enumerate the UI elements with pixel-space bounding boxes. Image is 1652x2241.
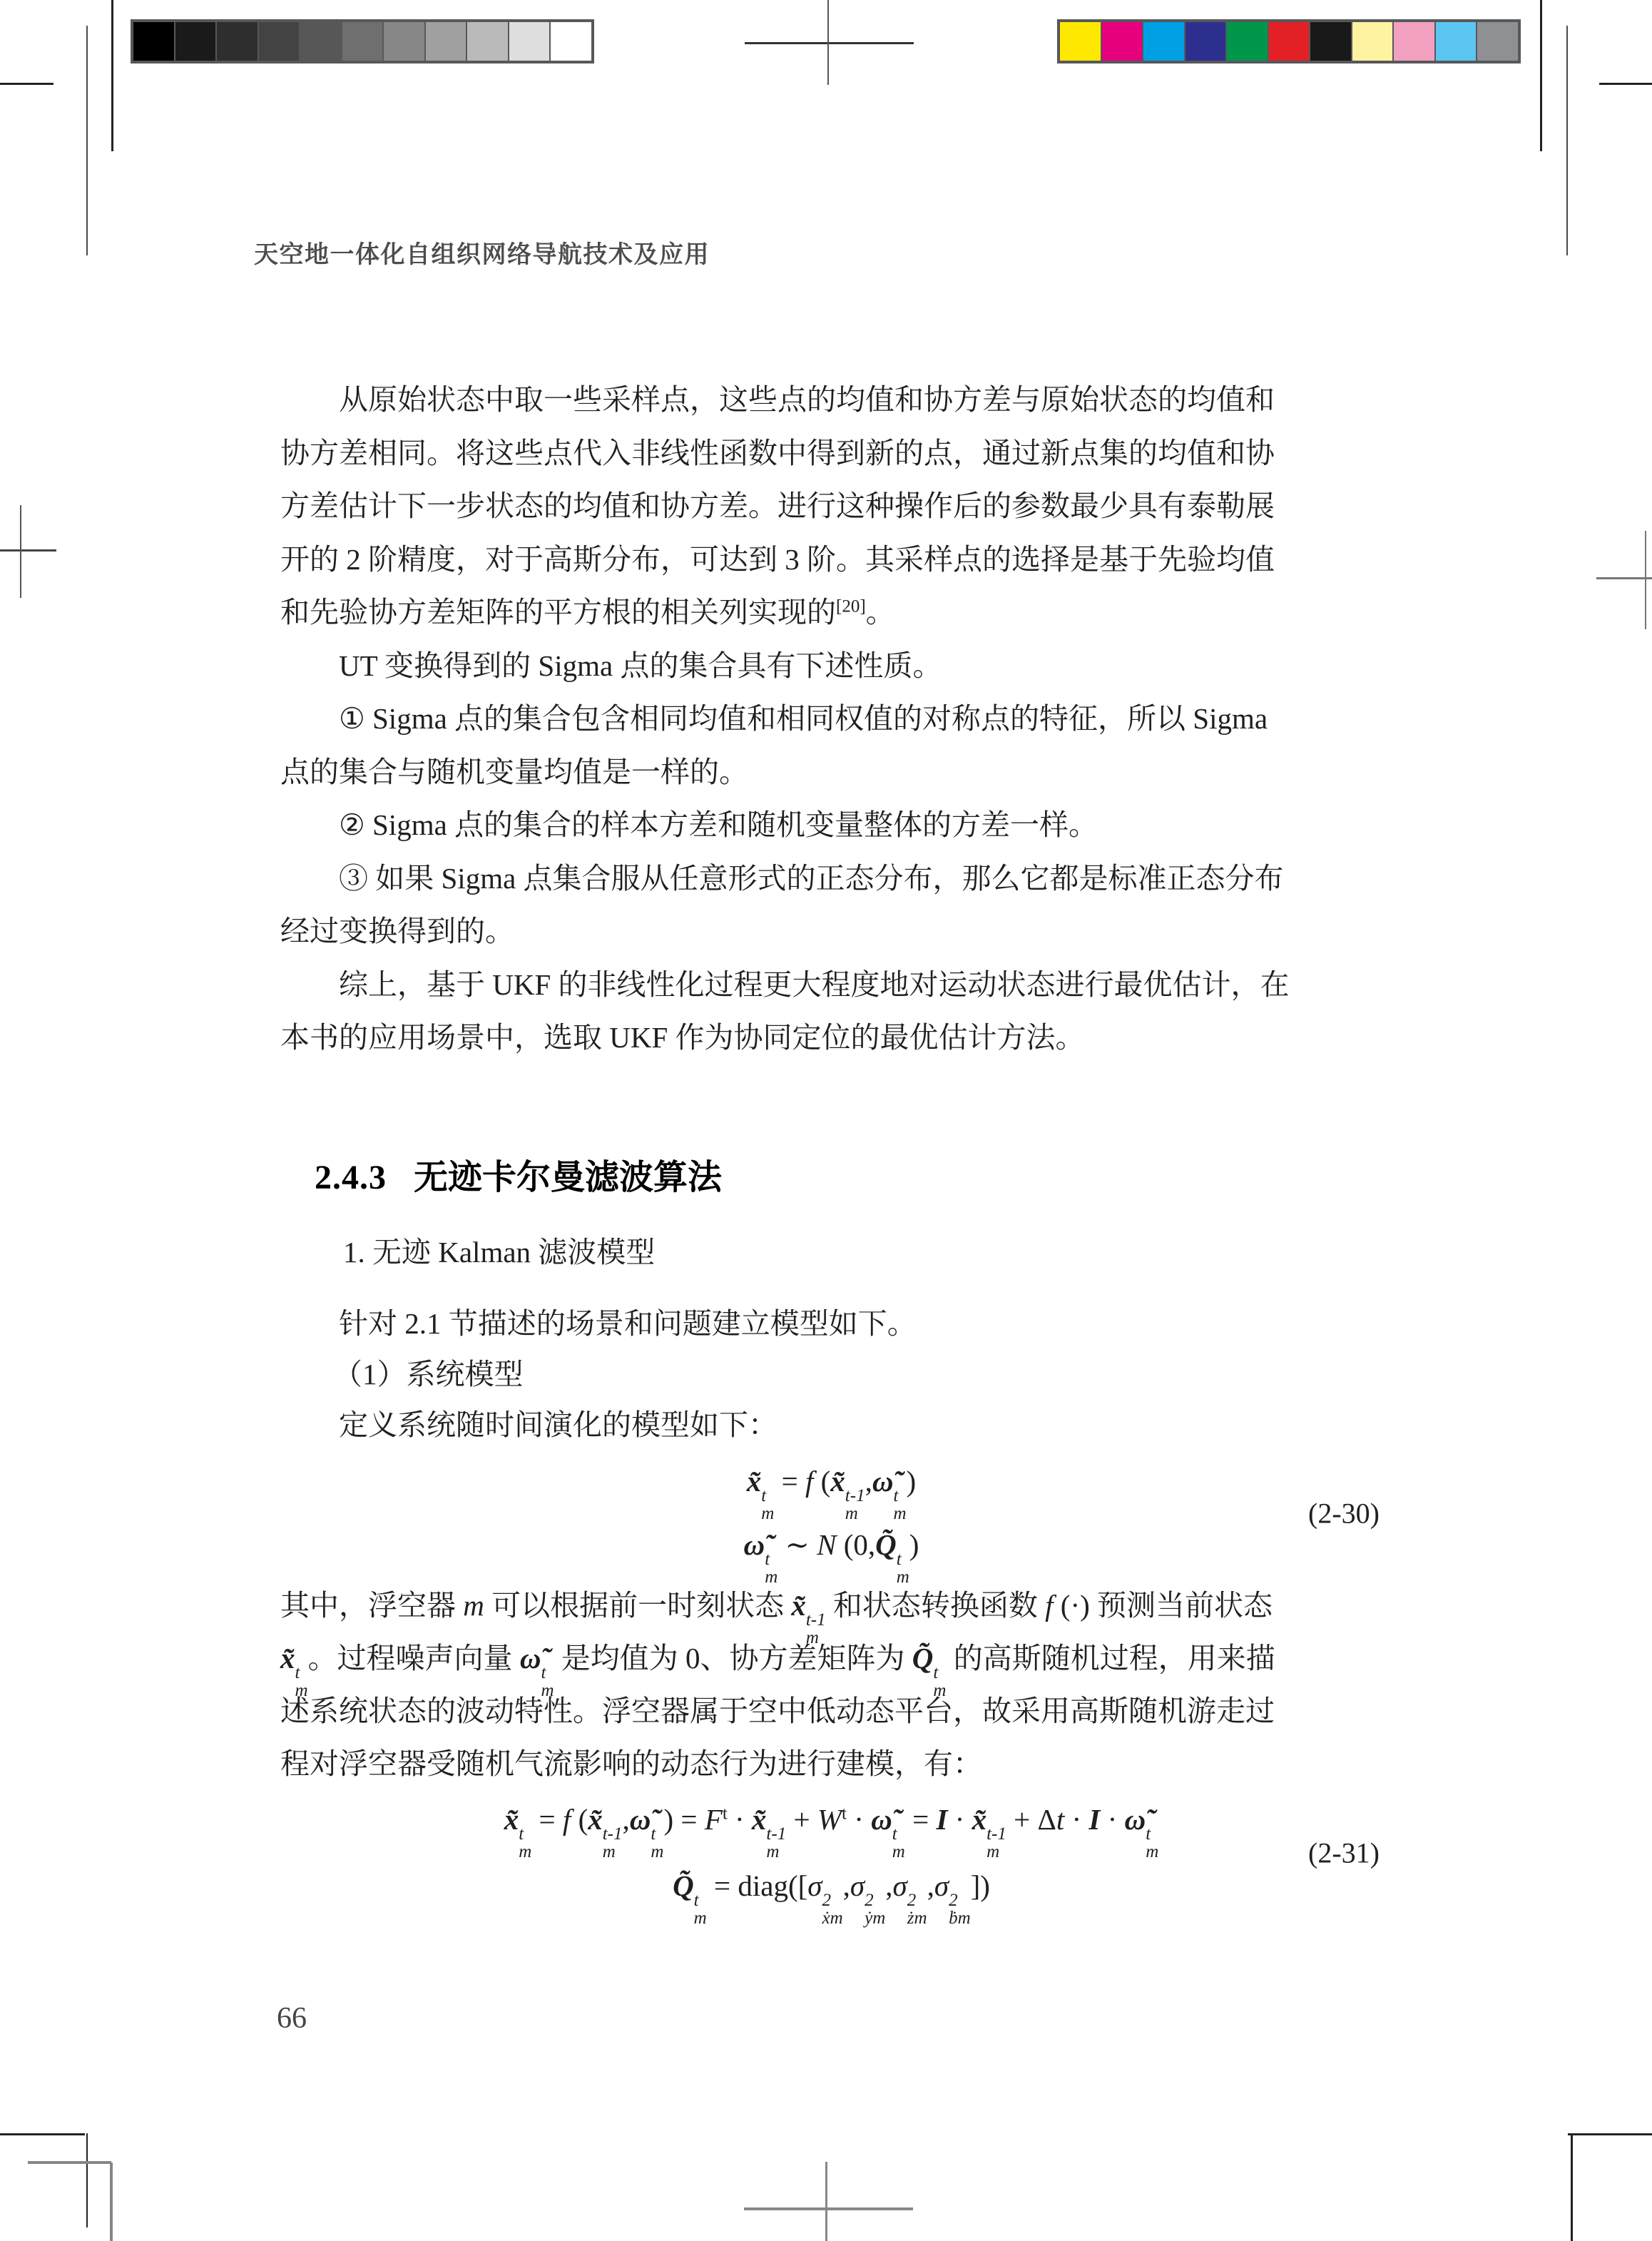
crop-mark — [86, 2133, 88, 2227]
body-text: 从原始状态中取一些采样点，这些点的均值和协方差与原始状态的均值和 协方差相同。将… — [280, 373, 1382, 1064]
color-calibration-bar — [1057, 19, 1521, 63]
calibration-swatch — [467, 22, 508, 61]
calibration-swatch — [1352, 22, 1393, 61]
crop-mark — [1599, 83, 1652, 85]
equation-line: x̃tm = f (x̃t-1m,ω̃tm) = Ft · x̃t-1m + W… — [280, 1787, 1382, 1853]
calibration-swatch — [1436, 22, 1477, 61]
crop-mark — [745, 42, 914, 44]
crop-mark — [0, 549, 56, 552]
crop-mark — [110, 2163, 113, 2241]
body-line: x̃tm。过程噪声向量 ω̃tm 是均值为 0、协方差矩阵为 Q̃tm 的高斯随… — [280, 1632, 1382, 1684]
equation-line: x̃tm = f (x̃t-1m,ω̃tm) — [280, 1450, 1382, 1513]
crop-mark — [825, 2162, 827, 2241]
body-line: 针对 2.1 节描述的场景和问题建立模型如下。 — [280, 1299, 1382, 1349]
equation-line: ω̃tm ∼ N (0,Q̃tm) — [280, 1513, 1382, 1577]
calibration-swatch — [1143, 22, 1184, 61]
grayscale-calibration-bar — [131, 19, 594, 63]
crop-mark — [1566, 26, 1568, 255]
crop-mark — [1571, 2133, 1573, 2241]
body-line: 开的 2 阶精度，对于高斯分布，可达到 3 阶。其采样点的选择是基于先验均值 — [280, 533, 1382, 586]
crop-mark — [744, 2207, 913, 2210]
crop-mark — [1568, 2133, 1652, 2135]
crop-mark — [86, 26, 88, 255]
crop-mark — [20, 505, 21, 598]
section-number: 2.4.3 — [315, 1159, 387, 1196]
body-line: ② Sigma 点的集合的样本方差和随机变量整体的方差一样。 — [280, 798, 1382, 852]
equation-description: 其中，浮空器 m 可以根据前一时刻状态 x̃t-1m 和状态转换函数 f (·)… — [280, 1579, 1382, 1790]
body-line: UT 变换得到的 Sigma 点的集合具有下述性质。 — [280, 639, 1382, 693]
calibration-swatch — [259, 22, 300, 61]
equation-2-31: x̃tm = f (x̃t-1m,ω̃tm) = Ft · x̃t-1m + W… — [280, 1787, 1382, 1919]
body-line: 程对浮空器受随机气流影响的动态行为进行建模，有： — [280, 1737, 1382, 1790]
equation-line: Q̃tm = diag([σ2ẋm,σ2ẏm,σ2żm,σ2ḃm]) — [280, 1853, 1382, 1919]
list-heading: 1. 无迹 Kalman 滤波模型 — [280, 1229, 655, 1271]
calibration-swatch — [1186, 22, 1226, 61]
crop-mark — [827, 0, 829, 85]
section-heading: 2.4.3无迹卡尔曼滤波算法 — [280, 1110, 722, 1238]
running-header: 天空地一体化自组织网络导航技术及应用 — [254, 235, 710, 270]
equation-label: (2-30) — [1308, 1497, 1380, 1530]
crop-mark — [1645, 531, 1646, 629]
body-line: 协方差相同。将这些点代入非线性函数中得到新的点，通过新点集的均值和协 — [280, 427, 1382, 480]
body-line: 综上，基于 UKF 的非线性化过程更大程度地对运动状态进行最优估计，在 — [280, 958, 1382, 1012]
body-line: 点的集合与随机变量均值是一样的。 — [280, 746, 1382, 799]
calibration-swatch — [1477, 22, 1518, 61]
book-page: 天空地一体化自组织网络导航技术及应用 从原始状态中取一些采样点，这些点的均值和协… — [0, 0, 1652, 2241]
body-line: 经过变换得到的。 — [280, 905, 1382, 958]
body-line: ③ 如果 Sigma 点集合服从任意形式的正态分布，那么它都是标准正态分布 — [280, 852, 1382, 905]
equation-label: (2-31) — [1308, 1836, 1380, 1870]
calibration-swatch — [551, 22, 591, 61]
body-line: 本书的应用场景中，选取 UKF 作为协同定位的最优估计方法。 — [280, 1011, 1382, 1064]
section-title: 无迹卡尔曼滤波算法 — [414, 1159, 722, 1196]
body-line: 定义系统随时间演化的模型如下： — [280, 1400, 1382, 1450]
calibration-swatch — [509, 22, 550, 61]
calibration-swatch — [1394, 22, 1434, 61]
calibration-swatch — [1269, 22, 1310, 61]
crop-mark — [1596, 577, 1652, 579]
calibration-swatch — [217, 22, 258, 61]
calibration-swatch — [1310, 22, 1351, 61]
body-line: ① Sigma 点的集合包含相同均值和相同权值的对称点的特征，所以 Sigma — [280, 692, 1382, 746]
calibration-swatch — [1102, 22, 1143, 61]
calibration-swatch — [342, 22, 383, 61]
calibration-swatch — [133, 22, 174, 61]
crop-mark — [0, 83, 53, 85]
calibration-swatch — [300, 22, 341, 61]
crop-mark — [28, 2161, 111, 2164]
body-line: 方差估计下一步状态的均值和协方差。进行这种操作后的参数最少具有泰勒展 — [280, 479, 1382, 533]
crop-mark — [1540, 0, 1542, 151]
body-line: 其中，浮空器 m 可以根据前一时刻状态 x̃t-1m 和状态转换函数 f (·)… — [280, 1579, 1382, 1632]
body-line: 从原始状态中取一些采样点，这些点的均值和协方差与原始状态的均值和 — [280, 373, 1382, 427]
crop-mark — [0, 2133, 85, 2135]
body-line: 述系统状态的波动特性。浮空器属于空中低动态平台，故采用高斯随机游走过 — [280, 1684, 1382, 1737]
page-number: 66 — [277, 2001, 307, 2036]
body-line: （1）系统模型 — [280, 1349, 1382, 1400]
model-intro: 针对 2.1 节描述的场景和问题建立模型如下。 （1）系统模型 定义系统随时间演… — [280, 1299, 1382, 1450]
crop-mark — [111, 0, 113, 151]
calibration-swatch — [175, 22, 216, 61]
calibration-swatch — [1227, 22, 1268, 61]
body-line: 和先验协方差矩阵的平方根的相关列实现的[20]。 — [280, 586, 1382, 639]
equation-2-30: x̃tm = f (x̃t-1m,ω̃tm) ω̃tm ∼ N (0,Q̃tm)… — [280, 1450, 1382, 1577]
calibration-swatch — [384, 22, 424, 61]
calibration-swatch — [1060, 22, 1101, 61]
calibration-swatch — [426, 22, 466, 61]
